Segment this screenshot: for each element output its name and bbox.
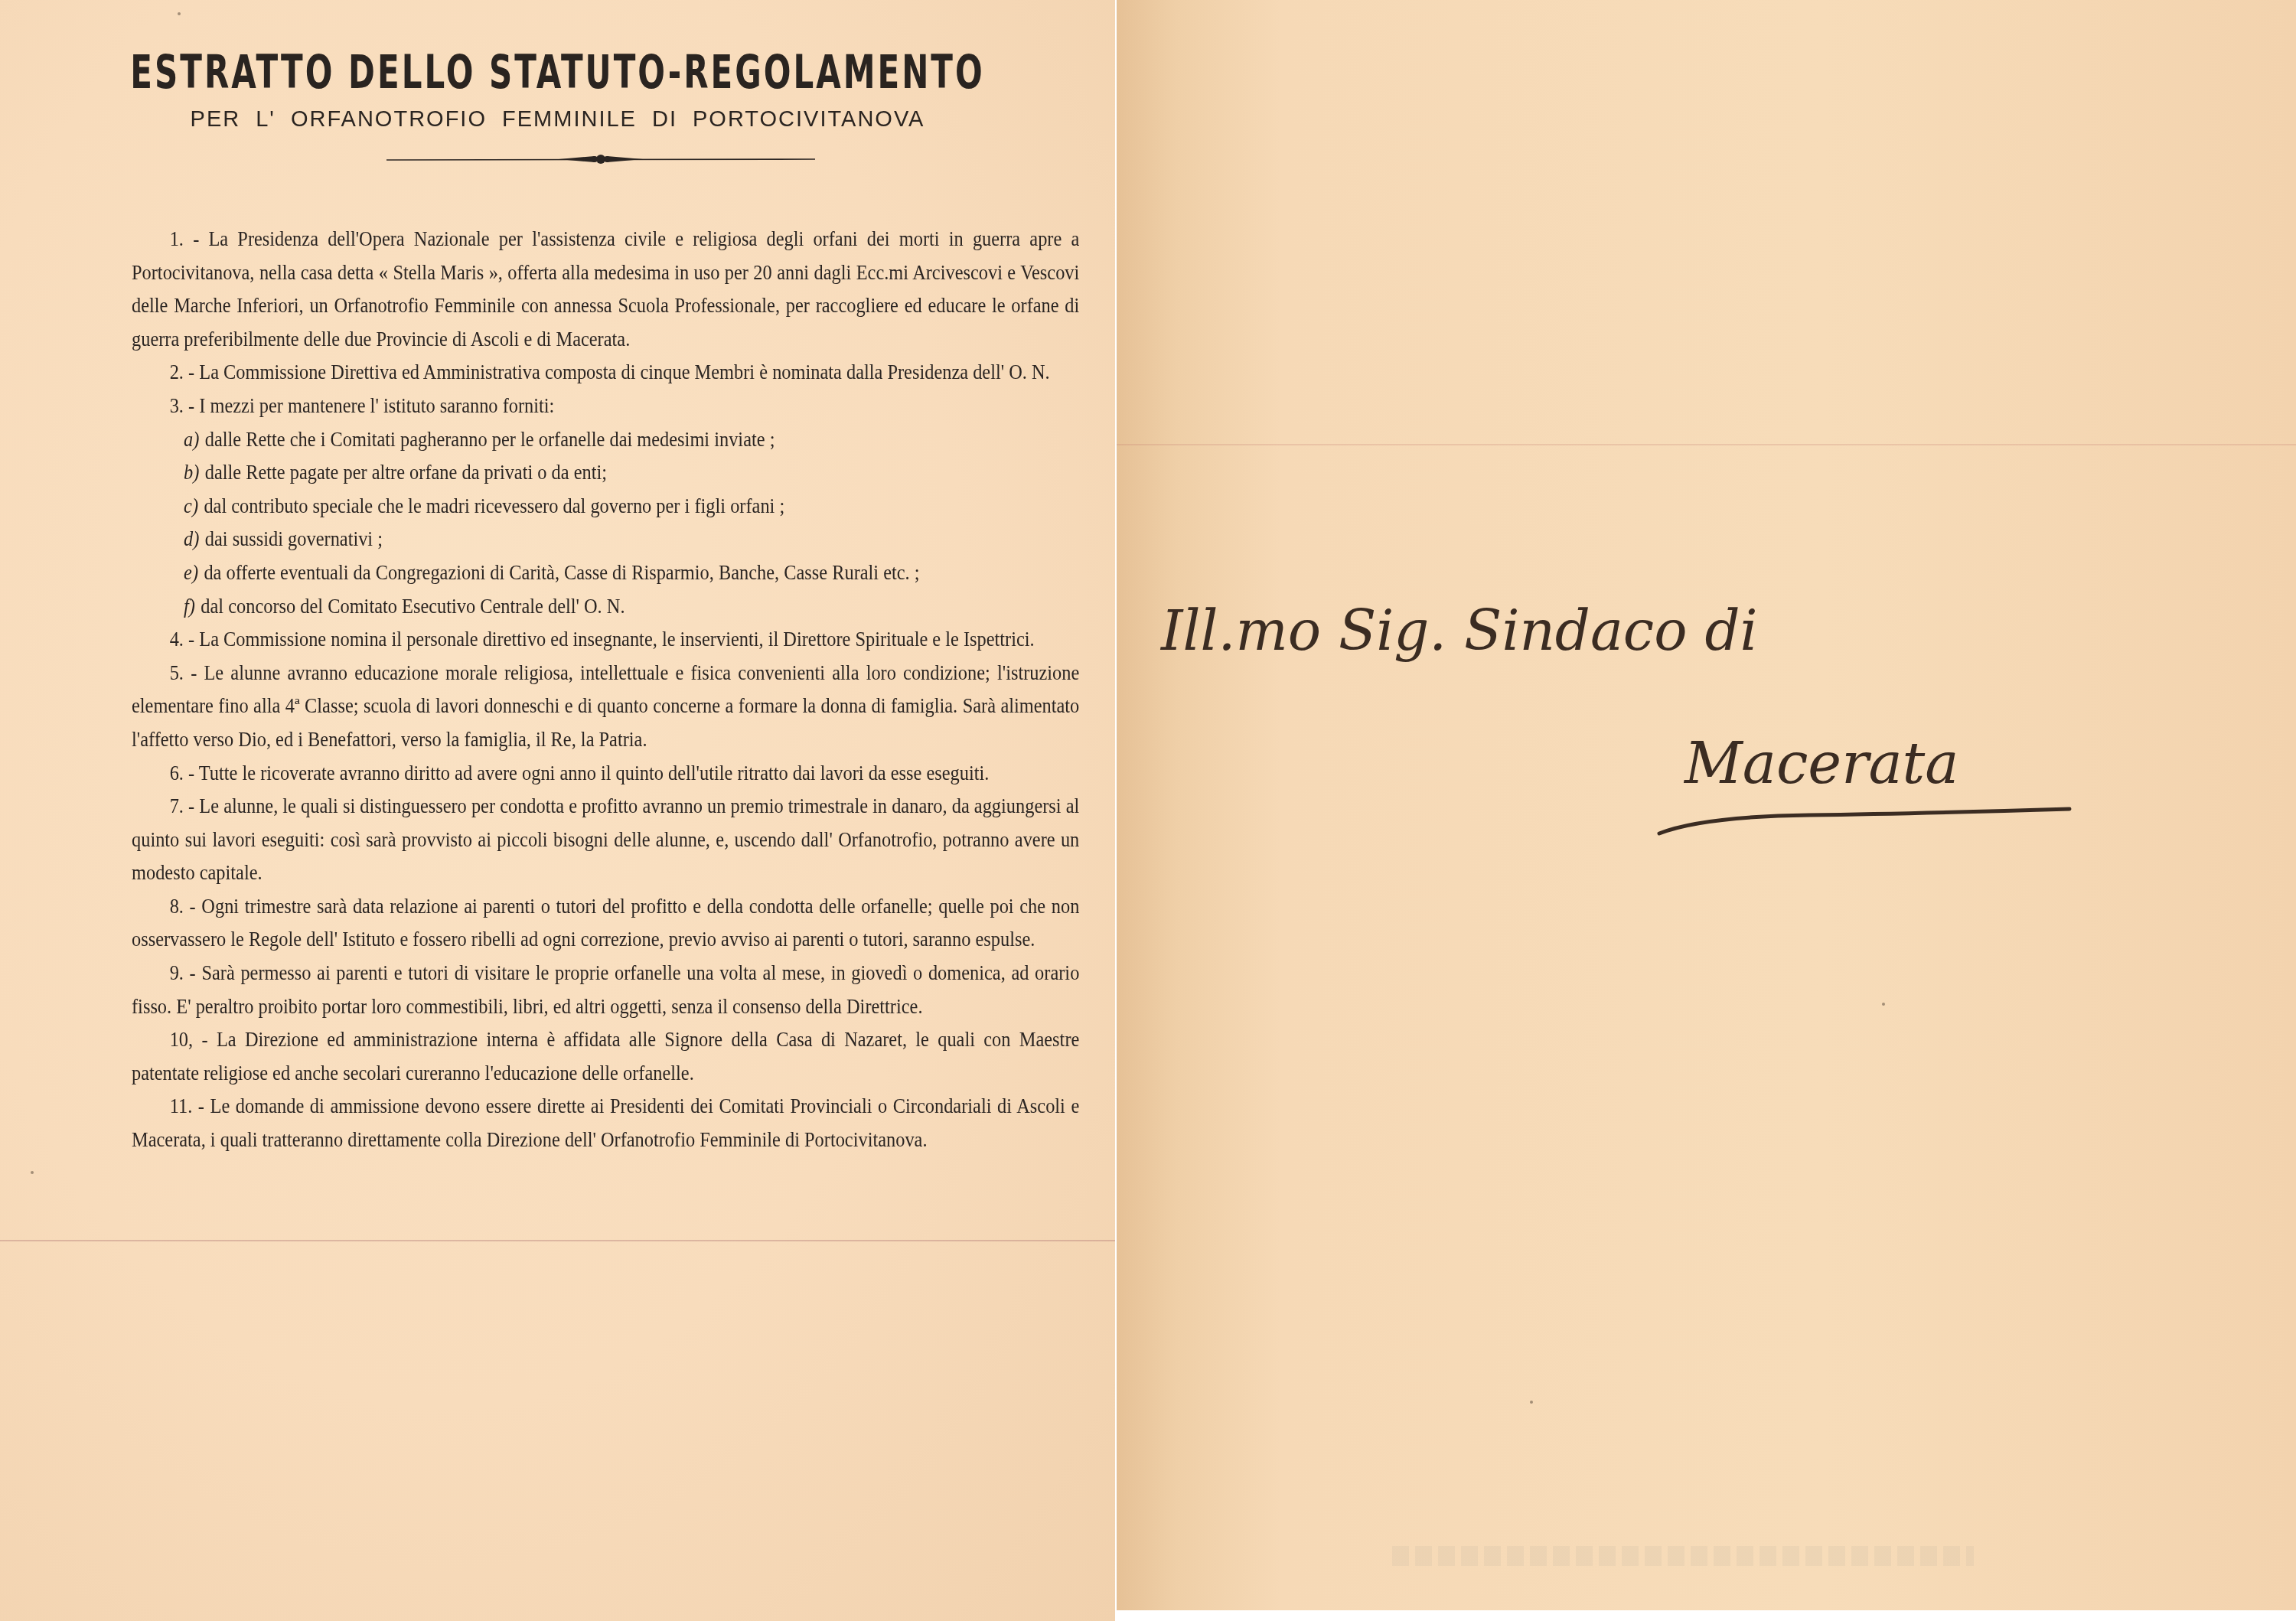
fold-crease [1117,444,2296,445]
funding-item-b: b)dalle Rette pagate per altre orfane da… [132,456,1131,490]
paper-speck [1530,1401,1533,1404]
envelope-page: POSTE 5 FERMO 15.7.19 Ill.mo Sig. Sindac… [1117,0,2296,1610]
article-4: 4. - La Commissione nomina il personale … [132,623,1079,657]
document-subtitle: PER L' ORFANOTROFIO FEMMINILE DI PORTOCI… [0,107,1115,132]
funding-item-e: e)da offerte eventuali da Congregazioni … [132,556,1131,590]
article-1: 1. - La Presidenza dell'Opera Nazionale … [132,223,1079,356]
fold-crease [0,1240,1115,1241]
article-8: 8. - Ogni trimestre sarà data relazione … [132,890,1079,957]
document-title: ESTRATTO DELLO STATUTO-REGOLAMENTO [0,44,1115,99]
paper-speck [1882,1003,1885,1006]
funding-item-a: a)dalle Rette che i Comitati pagheranno … [132,423,1131,457]
article-10: 10, - La Direzione ed amministrazione in… [132,1023,1079,1090]
funding-item-d: d)dai sussidi governativi ; [132,523,1131,556]
article-7: 7. - Le alunne, le quali si distinguesse… [132,790,1079,890]
funding-item-f: f)dal concorso del Comitato Esecutivo Ce… [132,590,1131,624]
funding-item-c: c)dal contributo speciale che le madri r… [132,490,1131,523]
printed-statute-page: ESTRATTO DELLO STATUTO-REGOLAMENTO PER L… [0,0,1115,1621]
address-line-2: Macerata [1684,731,1958,797]
article-5: 5. - Le alunne avranno educazione morale… [132,657,1079,757]
underline-stroke [1656,800,2077,838]
paper-speck [31,1171,34,1174]
paper-speck [178,12,181,15]
statute-articles: 1. - La Presidenza dell'Opera Nazionale … [132,223,1003,1157]
bleed-through-text [1392,1546,1974,1566]
article-11: 11. - Le domande di ammissione devono es… [132,1090,1079,1156]
article-6: 6. - Tutte le ricoverate avranno diritto… [132,757,1079,791]
article-3: 3. - I mezzi per mantenere l' istituto s… [132,390,1079,423]
article-2: 2. - La Commissione Direttiva ed Amminis… [132,356,1079,390]
address-line-1: Ill.mo Sig. Sindaco di [1161,598,1758,663]
divider-ornament-icon [386,150,815,168]
article-9: 9. - Sarà permesso ai parenti e tutori d… [132,957,1079,1023]
